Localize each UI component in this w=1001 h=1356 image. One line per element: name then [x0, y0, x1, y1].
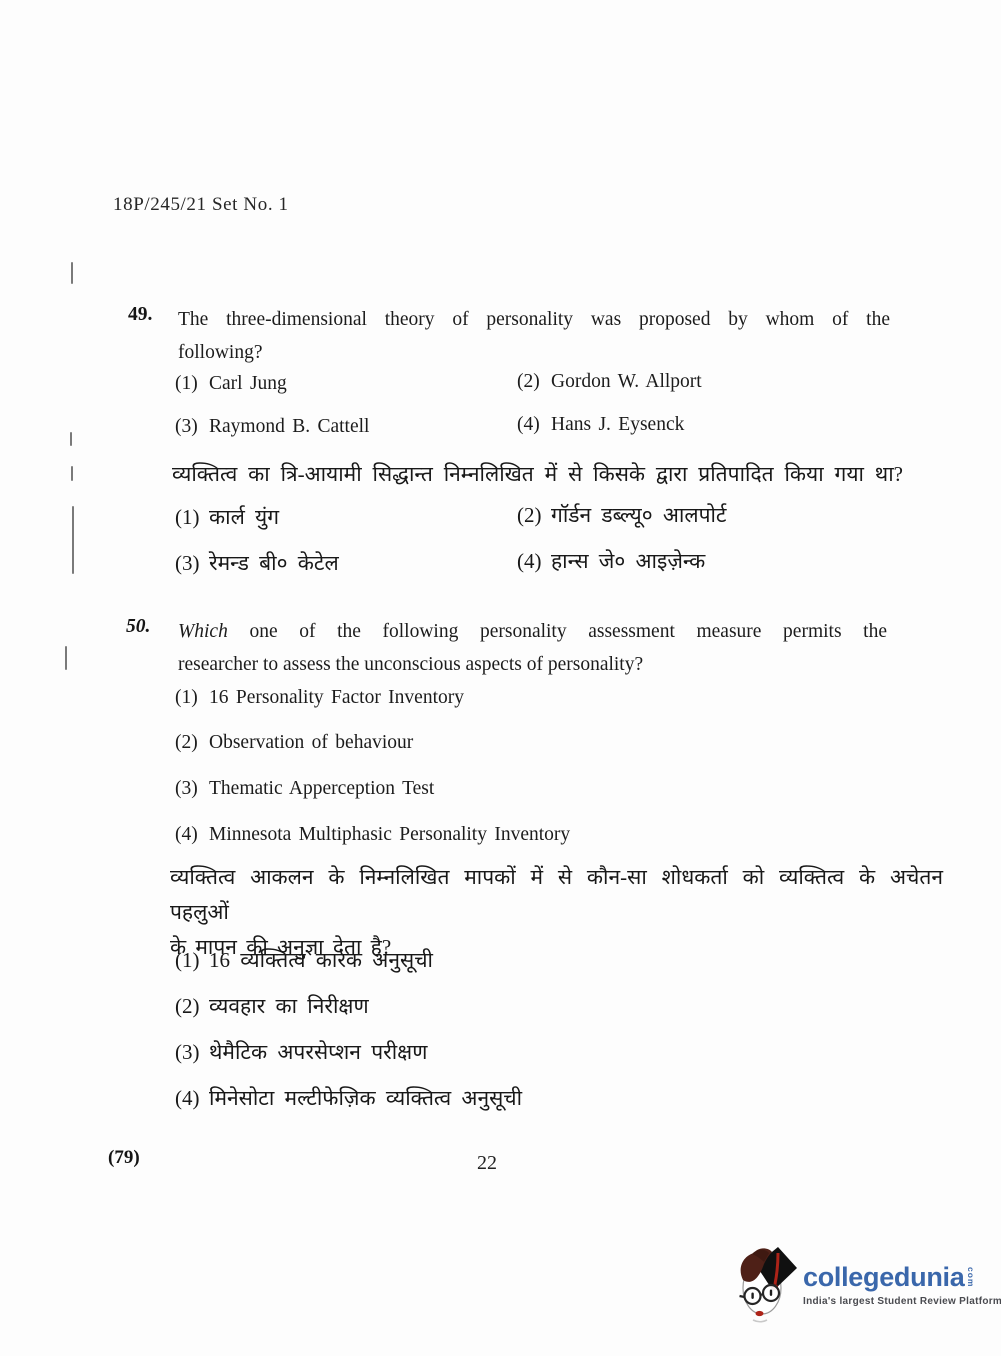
q50-hi-option-1: (1)16 व्यक्तित्व कारक अनुसूची: [175, 946, 433, 974]
logo-tagline: India's largest Student Review Platform: [803, 1296, 1001, 1307]
q50-en-option-1: (1)16 Personality Factor Inventory: [175, 687, 464, 709]
booklet-number: (79): [108, 1147, 140, 1169]
scan-artifact-mark: [72, 506, 74, 574]
q50-hi-option-3: (3)थेमैटिक अपरसेप्शन परीक्षण: [175, 1038, 427, 1066]
option-text: रेमन्ड बी० केटेल: [209, 551, 339, 575]
q49-hi-option-2: (2)गॉर्डन डब्ल्यू० आलपोर्ट: [517, 501, 727, 529]
option-text: Observation of behaviour: [209, 732, 413, 753]
q49-en-option-3: (3)Raymond B. Cattell: [175, 416, 369, 438]
question-49-number: 49.: [128, 304, 152, 326]
question-49-text-line1: The three-dimensional theory of personal…: [178, 303, 890, 336]
question-50-hi-line1: व्यक्तित्व आकलन के निम्नलिखित मापकों में…: [170, 860, 943, 930]
option-label: (3): [175, 778, 209, 800]
question-49-text-hi: व्यक्तित्व का त्रि-आयामी सिद्धान्त निम्न…: [172, 457, 903, 492]
option-label: (4): [175, 824, 209, 846]
option-label: (2): [175, 994, 209, 1019]
option-text: हान्स जे० आइज़ेन्क: [551, 549, 705, 573]
page-number: 22: [477, 1152, 497, 1175]
scan-artifact-mark: [70, 432, 72, 446]
q49-en-option-1: (1)Carl Jung: [175, 373, 287, 395]
option-text: Minnesota Multiphasic Personality Invent…: [209, 824, 570, 845]
option-text: थेमैटिक अपरसेप्शन परीक्षण: [209, 1040, 427, 1064]
option-label: (1): [175, 948, 209, 973]
question-49-text-line2: following?: [178, 336, 890, 369]
question-50-text-line1: Which one of the following personality a…: [178, 615, 887, 648]
question-50-line1-rest: one of the following personality assessm…: [228, 621, 887, 642]
option-text: 16 व्यक्तित्व कारक अनुसूची: [209, 948, 433, 972]
question-50-text-line2: researcher to assess the unconscious asp…: [178, 648, 887, 681]
scan-artifact-mark: [71, 262, 73, 284]
q49-en-option-2: (2)Gordon W. Allport: [517, 371, 702, 393]
question-49-text-en: The three-dimensional theory of personal…: [178, 303, 890, 369]
scanned-exam-page: 18P/245/21 Set No. 1 49. The three-dimen…: [0, 0, 1001, 1356]
collegedunia-mascot-icon: [738, 1246, 800, 1324]
logo-brand-text: collegedunia: [803, 1264, 964, 1291]
scan-artifact-mark: [71, 466, 73, 481]
q49-hi-option-1: (1)कार्ल युंग: [175, 503, 279, 531]
scan-artifact-mark: [65, 646, 67, 670]
option-label: (1): [175, 373, 209, 395]
q50-en-option-2: (2)Observation of behaviour: [175, 732, 413, 754]
option-text: Gordon W. Allport: [551, 371, 702, 392]
q50-hi-option-4: (4)मिनेसोटा मल्टीफेज़िक व्यक्तित्व अनुसू…: [175, 1084, 522, 1112]
question-50-number: 50.: [126, 616, 150, 638]
option-label: (3): [175, 416, 209, 438]
collegedunia-logo: collegedunia com India's largest Student…: [738, 1246, 1000, 1332]
option-label: (3): [175, 1040, 209, 1065]
q50-en-option-4: (4)Minnesota Multiphasic Personality Inv…: [175, 824, 570, 846]
option-text: व्यवहार का निरीक्षण: [209, 994, 369, 1018]
option-label: (4): [175, 1086, 209, 1111]
option-text: Hans J. Eysenck: [551, 414, 684, 435]
q50-en-option-3: (3)Thematic Apperception Test: [175, 778, 434, 800]
option-label: (4): [517, 549, 551, 574]
option-label: (2): [517, 371, 551, 393]
logo-text-block: collegedunia com India's largest Student…: [803, 1246, 1001, 1307]
q49-en-option-4: (4)Hans J. Eysenck: [517, 414, 684, 436]
q49-hi-option-4: (4)हान्स जे० आइज़ेन्क: [517, 547, 705, 575]
logo-brand-suffix: com: [966, 1267, 975, 1287]
question-50-text-en: Which one of the following personality a…: [178, 615, 887, 681]
option-text: कार्ल युंग: [209, 505, 279, 529]
option-label: (3): [175, 551, 209, 576]
paper-code: 18P/245/21 Set No. 1: [113, 194, 289, 216]
option-text: 16 Personality Factor Inventory: [209, 687, 464, 708]
question-50-lead-word: Which: [178, 621, 228, 642]
option-label: (1): [175, 505, 209, 530]
option-text: Carl Jung: [209, 373, 287, 394]
option-text: गॉर्डन डब्ल्यू० आलपोर्ट: [551, 503, 727, 527]
option-label: (2): [175, 732, 209, 754]
option-text: Thematic Apperception Test: [209, 778, 434, 799]
option-label: (2): [517, 503, 551, 528]
option-text: Raymond B. Cattell: [209, 416, 369, 437]
option-label: (4): [517, 414, 551, 436]
q50-hi-option-2: (2)व्यवहार का निरीक्षण: [175, 992, 369, 1020]
q49-hi-option-3: (3)रेमन्ड बी० केटेल: [175, 549, 339, 577]
option-label: (1): [175, 687, 209, 709]
option-text: मिनेसोटा मल्टीफेज़िक व्यक्तित्व अनुसूची: [209, 1086, 522, 1110]
